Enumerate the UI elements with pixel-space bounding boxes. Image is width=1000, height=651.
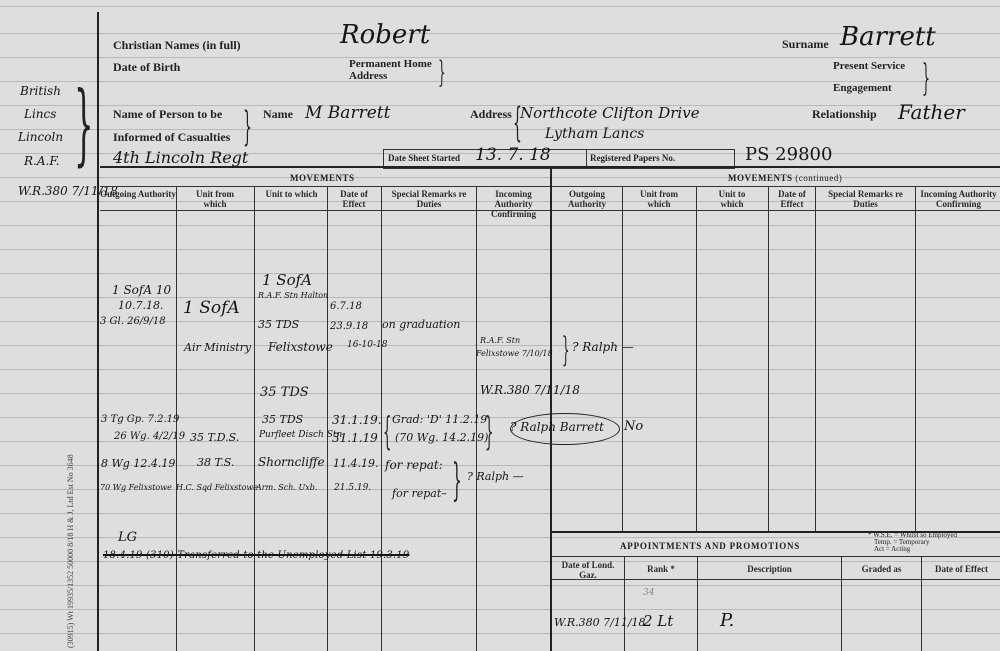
person-brace: }: [243, 104, 252, 150]
service-brace: }: [922, 58, 930, 99]
r1-auth-c: 3 Gl. 26/9/18: [100, 316, 166, 327]
r5-auth: 8 Wg 12.4.19: [101, 457, 175, 470]
r1-to-c: 35 TDS: [258, 318, 299, 331]
present-service-label: Present Service: [833, 60, 905, 72]
r3-to: 35 TDS: [260, 385, 309, 400]
r2-incoming-b: Felixstowe 7/10/18: [476, 349, 553, 358]
permanent-home-address-label: Permanent Home Address: [349, 58, 439, 82]
legend-act: Act = Acting: [868, 546, 957, 553]
cont-col-incoming-authority: Incoming Authority Confirming: [917, 189, 1000, 209]
margin-note-british: British: [20, 84, 61, 98]
r4-to-a: 35 TDS: [262, 413, 303, 426]
app-col-date-gazette: Date of Lond. Gaz.: [553, 560, 623, 580]
appointments-header-top: [552, 556, 1000, 557]
date-sheet-started-value: 13. 7. 18: [475, 145, 551, 165]
r2-brace: }: [562, 330, 570, 370]
r4-note: ? Ralph Barrett: [510, 420, 604, 434]
app-col-line: [697, 556, 698, 651]
col-unit-from: Unit from which: [190, 189, 240, 209]
r5-to: Shorncliffe: [258, 455, 325, 469]
col-line: [768, 186, 769, 531]
app-col-line: [841, 556, 842, 651]
registered-papers-value: PS 29800: [745, 144, 832, 165]
r4-to-b: Purfleet Disch Stn: [259, 430, 342, 440]
r6-auth: 70 Wg Felixstowe: [100, 483, 172, 492]
r4-date-a: 31.1.19.: [332, 413, 382, 427]
regiment-note: 4th Lincoln Regt: [113, 148, 248, 167]
col-incoming-authority: Incoming Authority Confirming: [477, 189, 550, 219]
app-row1-date: W.R.380 7/11/18: [554, 616, 646, 629]
app-col-date-effect: Date of Effect: [923, 564, 1000, 574]
r4-from: 35 T.D.S.: [190, 431, 239, 444]
person-informed-label-2: Informed of Casualties: [113, 130, 230, 145]
relationship-value: Father: [898, 100, 965, 124]
r1-to-a: 1 SofA: [262, 271, 312, 289]
app-col-graded-as: Graded as: [843, 564, 920, 574]
col-line: [696, 186, 697, 531]
r2-note: ? Ralph —: [572, 340, 634, 354]
christian-names-value: Robert: [340, 20, 430, 50]
col-date-effect: Date of Effect: [329, 189, 379, 209]
r2-from: Air Ministry: [184, 341, 251, 354]
faint-mark: 34: [643, 588, 654, 598]
r5-date: 11.4.19.: [333, 457, 378, 470]
service-record-sheet: British Lincs Lincoln R.A.F. } W.R.380 7…: [0, 0, 1000, 651]
r1-remark: on graduation: [382, 318, 460, 331]
surname-label: Surname: [782, 37, 829, 52]
address-brace: }: [438, 55, 446, 90]
col-outgoing-authority: Outgoing Authority: [100, 189, 176, 199]
r2-incoming-a: R.A.F. Stn: [480, 336, 520, 345]
cont-col-unit-to: Unit to which: [708, 189, 756, 209]
r4-remark-a: Grad: 'D' 11.2.19: [392, 413, 487, 426]
cont-col-date-effect: Date of Effect: [770, 189, 814, 209]
col-line: [815, 186, 816, 531]
margin-brace: }: [74, 80, 94, 168]
r4-auth-b: 26 Wg. 4/2/19: [114, 431, 185, 442]
app-col-rank: Rank *: [626, 564, 696, 574]
cont-col-special-remarks: Special Remarks re Duties: [817, 189, 914, 209]
col-line: [254, 186, 255, 651]
cont-col-unit-from: Unit from which: [635, 189, 683, 209]
r5-brace: }: [452, 455, 462, 506]
col-special-remarks: Special Remarks re Duties: [383, 189, 475, 209]
r5-from: 38 T.S.: [197, 456, 234, 469]
movements-continued-title-text: MOVEMENTS: [728, 173, 793, 183]
engagement-label: Engagement: [833, 82, 892, 94]
continued-suffix: (continued): [795, 173, 842, 183]
r2-date: 16-10-18: [347, 340, 387, 350]
appointments-title: APPOINTMENTS AND PROMOTIONS: [620, 541, 800, 551]
r6-from: H.C. Sqd Felixstowe: [176, 483, 258, 492]
christian-names-label: Christian Names (in full): [113, 38, 241, 53]
app-row1-rank: 2 Lt: [643, 612, 673, 630]
app-col-description: Description: [699, 564, 840, 574]
margin-note-lincs: Lincs: [24, 107, 56, 121]
date-of-birth-label: Date of Birth: [113, 60, 180, 75]
r4-date-b: 31.1.19: [332, 431, 378, 445]
app-col-line: [624, 556, 625, 651]
movements-continued-title: MOVEMENTS (continued): [728, 173, 842, 183]
r7-struck-entry: 18.4.19 (310) Transferred to the Unemplo…: [103, 550, 409, 561]
surname-value: Barrett: [840, 22, 936, 52]
app-row1-description: P.: [720, 610, 734, 631]
r4-brace-left: {: [383, 409, 391, 453]
r1-to-b: R.A.F. Stn Halton: [258, 291, 328, 300]
margin-note-lincoln: Lincoln: [18, 130, 63, 144]
name-value: M Barrett: [305, 103, 390, 123]
movements-title: MOVEMENTS: [290, 173, 355, 183]
r1-date-a: 6.7.18: [330, 301, 362, 312]
r1-date-b: 23.9.18: [330, 321, 368, 332]
r1-auth-b: 10.7.18.: [118, 299, 163, 312]
r5-note: ? Ralph —: [467, 470, 524, 483]
col-line: [622, 186, 623, 531]
cont-col-outgoing-authority: Outgoing Authority: [553, 189, 621, 209]
margin-rule: [97, 12, 99, 651]
r4-note-b: No: [624, 419, 643, 434]
address-label: Address: [470, 107, 512, 122]
margin-note-raf: R.A.F.: [24, 154, 60, 168]
appointments-legend: * W.S.E. = Whilst so Employed Temp. = Te…: [868, 532, 957, 553]
r4-auth-a: 3 Tg Gp. 7.2.19: [101, 414, 179, 425]
date-sheet-started-label: Date Sheet Started: [388, 153, 460, 163]
person-informed-label-1: Name of Person to be: [113, 107, 222, 122]
registered-papers-label: Registered Papers No.: [590, 153, 675, 163]
printer-imprint: (30915) Wt 19935/1352 50000 8/18 H & J, …: [66, 454, 75, 648]
name-label: Name: [263, 107, 293, 122]
app-col-line: [921, 556, 922, 651]
r1-from: 1 SofA: [183, 298, 240, 318]
r3-wr: W.R.380 7/11/18: [480, 383, 580, 397]
r4-remark-b: (70 Wg. 14.2.19): [395, 431, 488, 444]
r1-auth-a: 1 SofA 10: [112, 283, 171, 297]
r6-date: 21.5.19.: [334, 483, 371, 493]
relationship-label: Relationship: [812, 107, 877, 122]
r7-initials: LG: [118, 530, 137, 545]
sheet-info-divider: [586, 149, 587, 167]
r6-remark: for repat–: [392, 487, 447, 500]
col-line: [915, 186, 916, 531]
address-line-2: Lytham Lancs: [545, 126, 644, 142]
col-line: [327, 186, 328, 651]
address-line-1: Northcote Clifton Drive: [520, 104, 700, 122]
r2-to: Felixstowe: [268, 340, 333, 354]
col-unit-to: Unit to which: [264, 189, 319, 199]
r6-to: Arm. Sch. Uxb.: [256, 483, 317, 492]
r4-brace-right: }: [485, 409, 493, 453]
r5-remark: for repat:: [385, 458, 443, 472]
